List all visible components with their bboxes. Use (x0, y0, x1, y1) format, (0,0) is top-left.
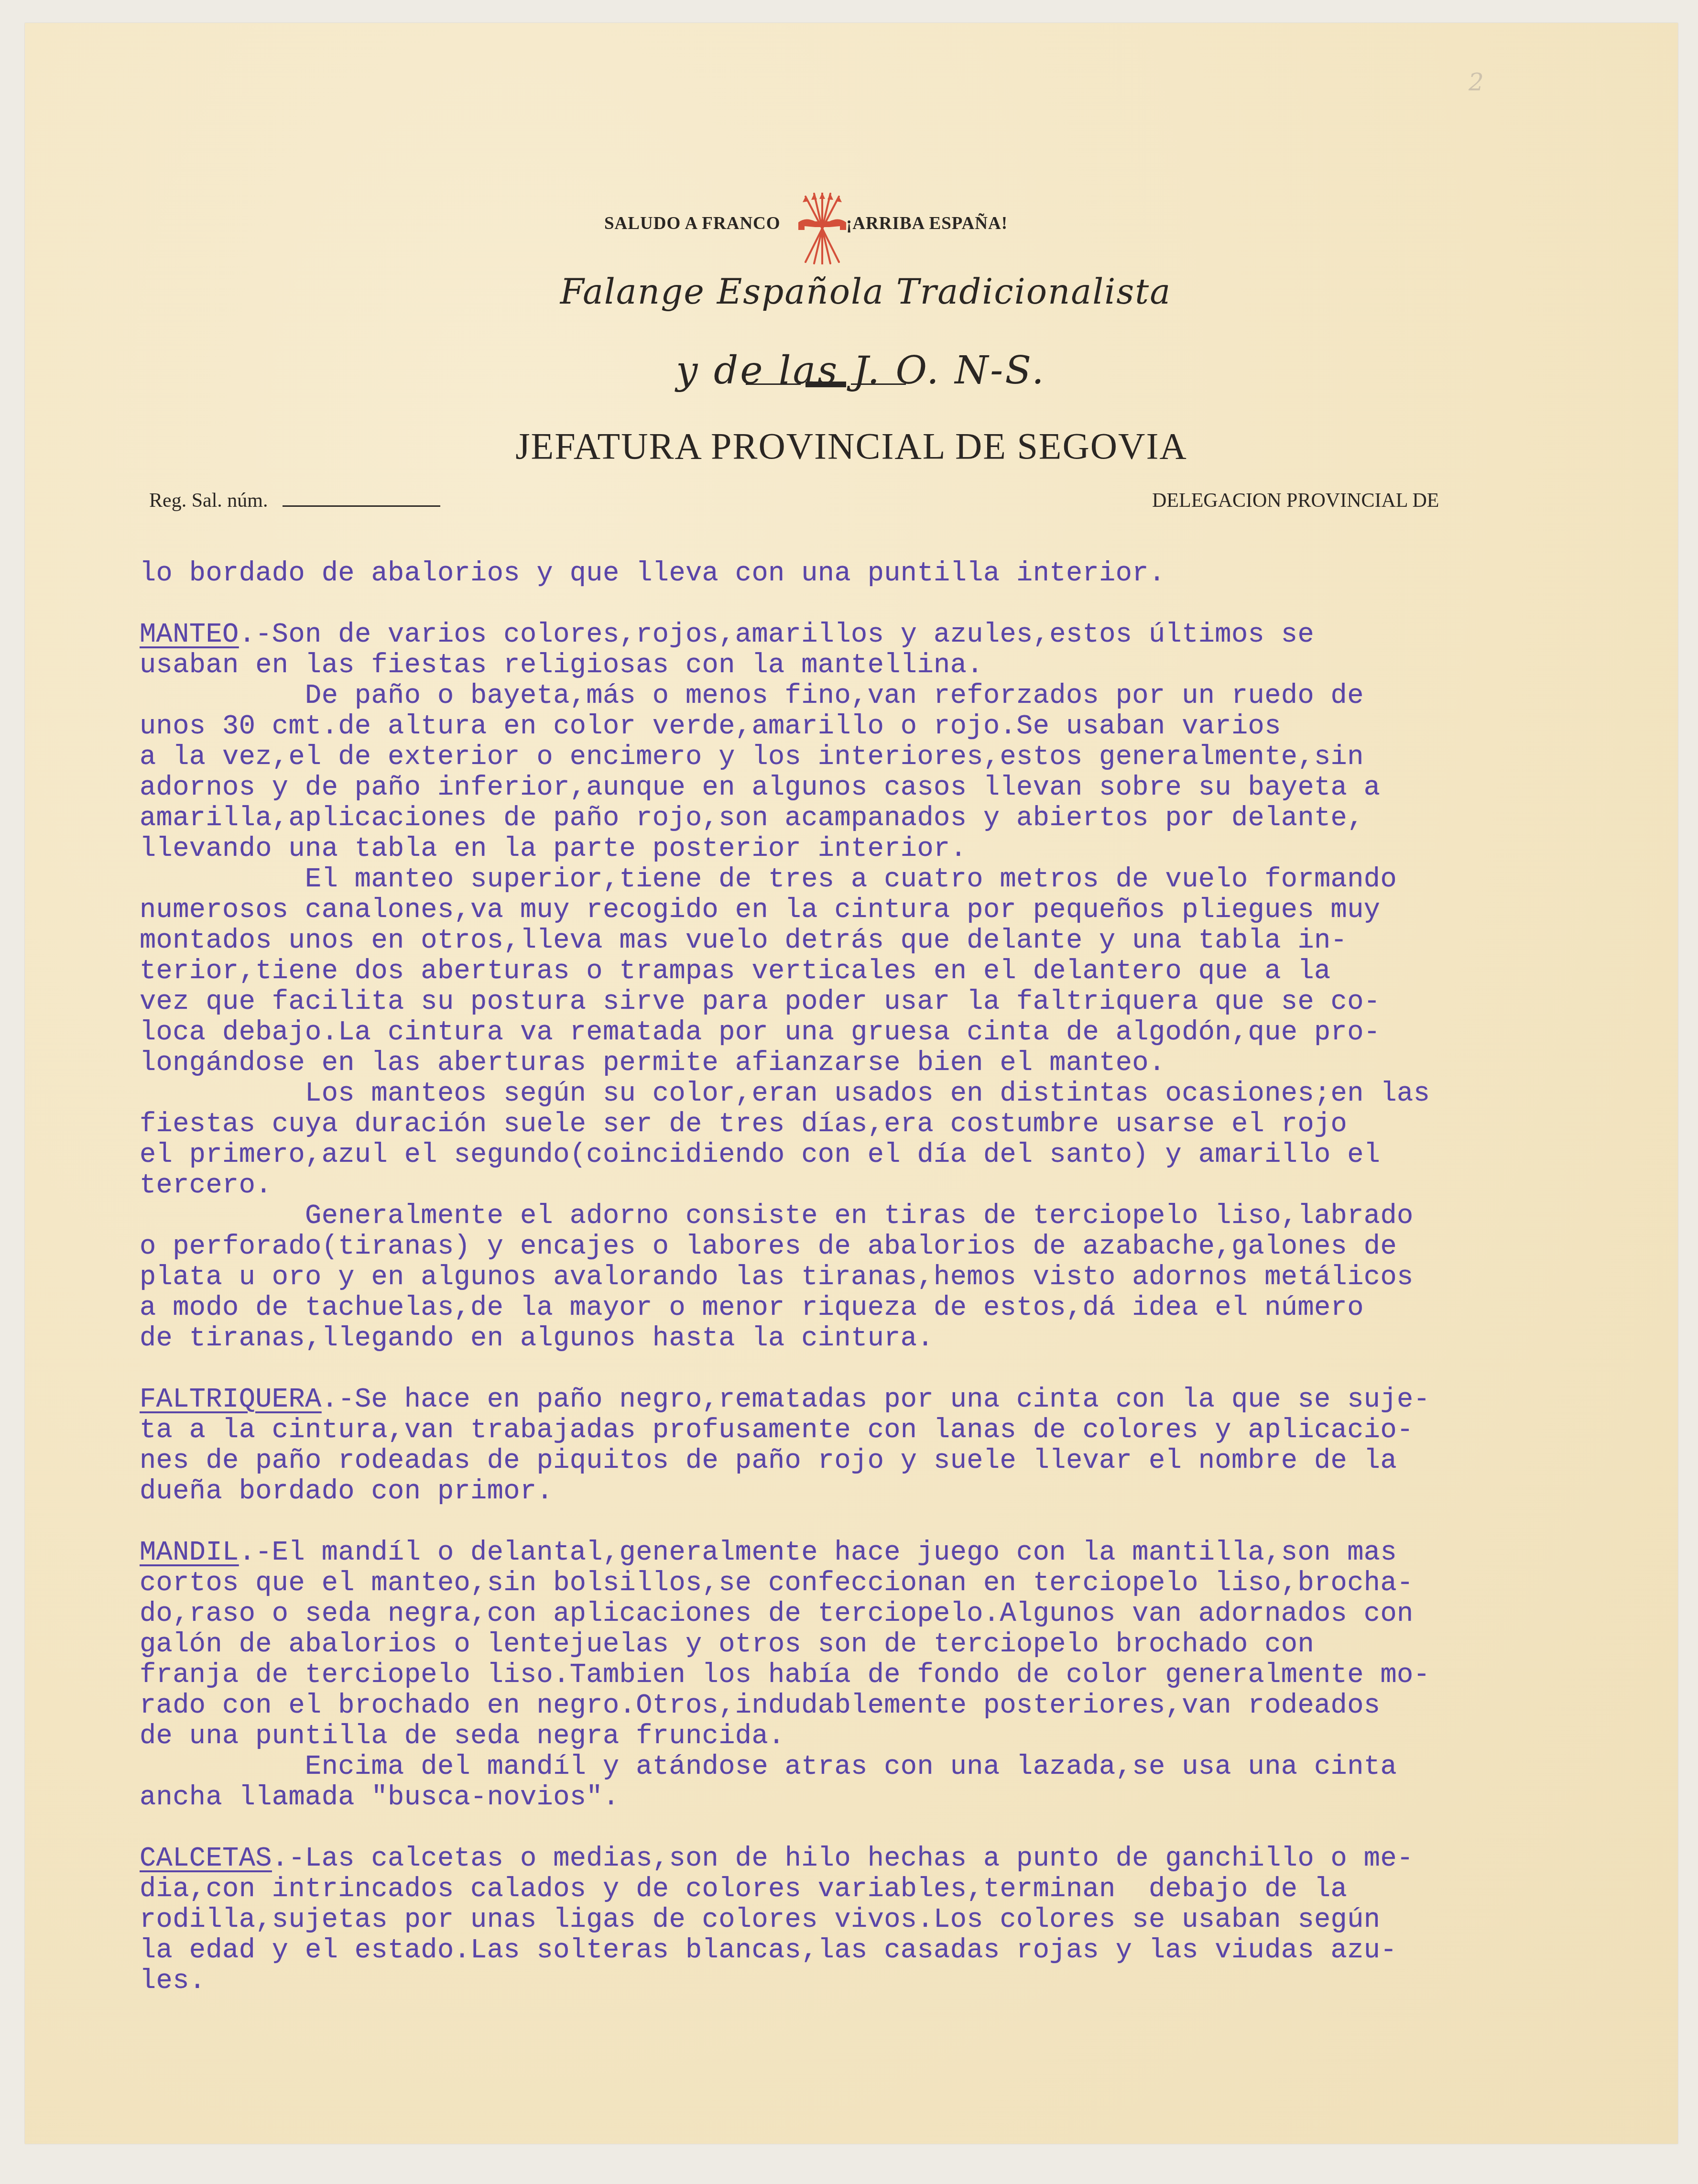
office-title: JEFATURA PROVINCIAL DE SEGOVIA (25, 425, 1678, 468)
text-line: franja de terciopelo liso.Tambien los ha… (140, 1660, 1669, 1691)
text-line: dia,con intrincados calados y de colores… (140, 1874, 1669, 1905)
registry-blank-line (283, 505, 440, 507)
text-line: ta a la cintura,van trabajadas profusame… (140, 1415, 1669, 1446)
text-line: a la vez,el de exterior o encimero y los… (140, 742, 1669, 773)
text-line: dueña bordado con primor. (140, 1476, 1669, 1507)
section-mandil-first-line: MANDIL.-El mandíl o delantal,generalment… (140, 1538, 1669, 1568)
text-line: vez que facilita su postura sirve para p… (140, 987, 1669, 1017)
registry-field: Reg. Sal. núm. (149, 489, 440, 512)
intro-line: lo bordado de abalorios y que lleva con … (140, 558, 1669, 589)
text-line: el primero,azul el segundo(coincidiendo … (140, 1140, 1669, 1170)
text-line: Generalmente el adorno consiste en tiras… (140, 1201, 1669, 1232)
text-line: do,raso o seda negra,con aplicaciones de… (140, 1599, 1669, 1629)
text-line: la edad y el estado.Las solteras blancas… (140, 1935, 1669, 1966)
text-line: unos 30 cmt.de altura en color verde,ama… (140, 711, 1669, 742)
text-line: fiestas cuya duración suele ser de tres … (140, 1109, 1669, 1140)
text-line: El manteo superior,tiene de tres a cuatr… (140, 864, 1669, 895)
registry-label: Reg. Sal. núm. (149, 490, 268, 512)
text-line: adornos y de paño inferior,aunque en alg… (140, 773, 1669, 803)
salute-left: SALUDO A FRANCO (604, 213, 781, 234)
ornamental-rule (746, 382, 908, 387)
yoke-and-arrows-icon (796, 193, 849, 264)
document-page: 2 SALUDO A FRANCO (25, 23, 1678, 2144)
text-line: usaban en las fiestas religiosas con la … (140, 650, 1669, 681)
text-line: les. (140, 1966, 1669, 1997)
text-line: montados unos en otros,lleva mas vuelo d… (140, 926, 1669, 956)
text-line: rodilla,sujetas por unas ligas de colore… (140, 1905, 1669, 1935)
text-line: ancha llamada "busca-novios". (140, 1782, 1669, 1813)
text-line: tercero. (140, 1170, 1669, 1201)
section-heading-calcetas: CALCETAS (140, 1844, 272, 1874)
text-line: longándose en las aberturas permite afia… (140, 1048, 1669, 1079)
salute-right: ¡ARRIBA ESPAÑA! (846, 213, 1008, 234)
text-line: Los manteos según su color,eran usados e… (140, 1079, 1669, 1109)
text-line: galón de abalorios o lentejuelas y otros… (140, 1629, 1669, 1660)
text-line: nes de paño rodeadas de piquitos de paño… (140, 1446, 1669, 1476)
text-line: de tiranas,llegando en algunos hasta la … (140, 1323, 1669, 1354)
section-heading-manteo: MANTEO (140, 620, 239, 650)
section-manteo-first-line: MANTEO.-Son de varios colores,rojos,amar… (140, 620, 1669, 650)
typewritten-body: lo bordado de abalorios y que lleva con … (140, 558, 1669, 1997)
section-faltriquera-first-line: FALTRIQUERA.-Se hace en paño negro,remat… (140, 1385, 1669, 1415)
party-name-line1: Falange Española Tradicionalista (25, 272, 1678, 312)
text-line: cortos que el manteo,sin bolsillos,se co… (140, 1568, 1669, 1599)
text-line: llevando una tabla en la parte posterior… (140, 834, 1669, 864)
text-line: amarilla,aplicaciones de paño rojo,son a… (140, 803, 1669, 834)
letterhead: SALUDO A FRANCO (25, 23, 1678, 549)
text-line: numerosos canalones,va muy recogido en l… (140, 895, 1669, 926)
text-line: terior,tiene dos aberturas o trampas ver… (140, 956, 1669, 987)
text-line: plata u oro y en algunos avalorando las … (140, 1262, 1669, 1293)
section-heading-faltriquera: FALTRIQUERA (140, 1385, 322, 1415)
text-line: loca debajo.La cintura va rematada por u… (140, 1017, 1669, 1048)
text-line: o perforado(tiranas) y encajes o labores… (140, 1232, 1669, 1262)
text-line: rado con el brochado en negro.Otros,indu… (140, 1691, 1669, 1721)
text-line: Encima del mandíl y atándose atras con u… (140, 1752, 1669, 1782)
text-line: De paño o bayeta,más o menos fino,van re… (140, 681, 1669, 711)
section-heading-mandil: MANDIL (140, 1538, 239, 1568)
text-line: de una puntilla de seda negra fruncida. (140, 1721, 1669, 1752)
text-line: a modo de tachuelas,de la mayor o menor … (140, 1293, 1669, 1323)
section-calcetas-first-line: CALCETAS.-Las calcetas o medias,son de h… (140, 1844, 1669, 1874)
delegacion-label: DELEGACION PROVINCIAL DE (1152, 489, 1439, 512)
